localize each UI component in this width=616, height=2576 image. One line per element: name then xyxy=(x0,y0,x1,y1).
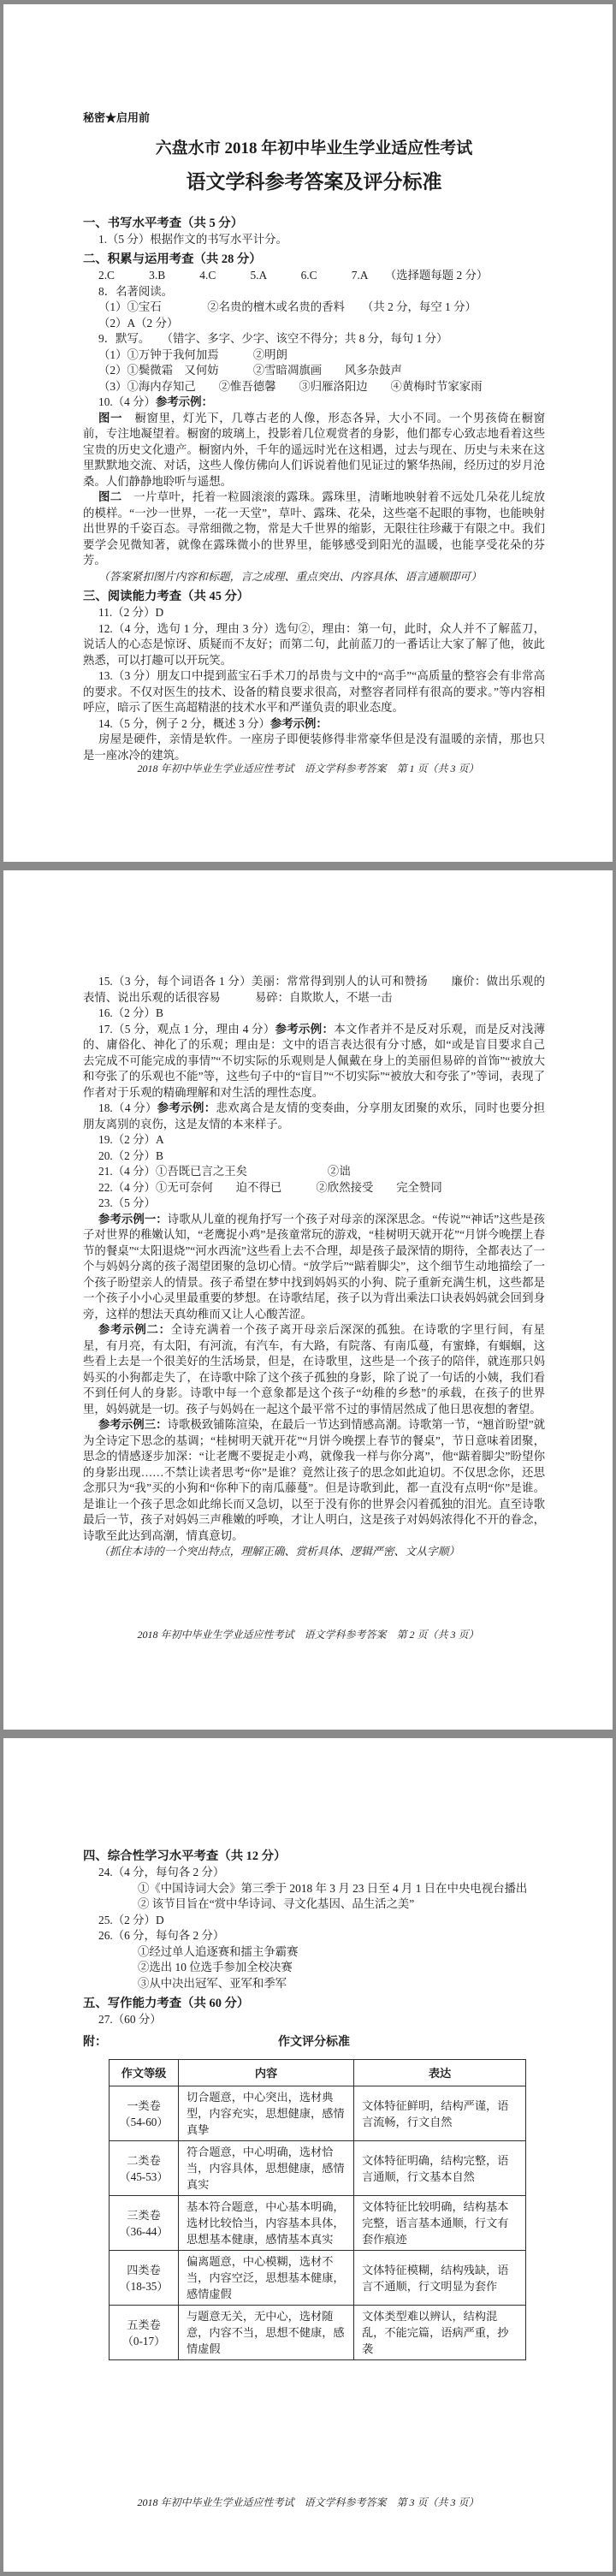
text-segment: 23.（5 分） xyxy=(98,1196,156,1209)
page-3: 四、综合性学习水平考查（共 12 分）24.（4 分，每句各 2 分）①《中国诗… xyxy=(3,1738,613,2572)
answer-line: 26.（6 分，每句各 2 分） xyxy=(83,1928,545,1944)
text-segment: 18.（4 分） xyxy=(98,1101,157,1114)
table-row: 三类卷（36-44）基本符合题意，中心基本明确，选材比较恰当，内容基本具体，思想… xyxy=(110,2196,526,2251)
answer-line: 图二 一片草叶，托着一粒圆滚滚的露珠。露珠里，清晰地映射着不远处几朵花儿绽放的模… xyxy=(83,490,545,569)
table-header: 内容 xyxy=(179,2060,354,2086)
text-segment: 19.（2 分）A xyxy=(98,1133,164,1146)
grade-range: （0-17） xyxy=(111,2333,176,2349)
answer-line: ②选出 10 位选手参加全校决赛 xyxy=(83,1960,545,1976)
grade-cell: 二类卷（45-53） xyxy=(110,2141,179,2196)
text-segment: 24.（4 分，每句各 2 分） xyxy=(98,1866,224,1879)
answer-line: 20.（2 分）B xyxy=(83,1149,545,1165)
answer-line: 24.（4 分，每句各 2 分） xyxy=(83,1865,545,1881)
page-2: 15.（3 分，每个词语各 1 分）美丽：常常得到别人的认可和赞扬 廉价：做出乐… xyxy=(3,870,613,1730)
text-segment: 22.（4 分）①无可奈何 迫不得已 ②欣然接受 完全赞同 xyxy=(98,1181,442,1194)
answer-line: 19.（2 分）A xyxy=(83,1132,545,1149)
text-segment: （2）①鬓微霜 又何妨 ②雪暗凋旗画 风多杂鼓声 xyxy=(98,364,402,377)
expression-cell: 文体特征鲜明，结构严谨，语言流畅，行文自然 xyxy=(354,2086,526,2141)
text-segment: 参考示例： xyxy=(270,717,328,730)
text-segment: 图一 xyxy=(98,412,134,424)
answer-line: 1.（5 分）根据作文的书写水平计分。 xyxy=(83,232,545,248)
text-segment: 橱窗里，灯光下，几尊古老的人像，形态各异，大小不同。一个男孩倚在橱窗前，专注地凝… xyxy=(83,412,545,488)
text-segment: 9．默写。 （错字、多字、少字、该空不得分；共 8 分，每句 1 分） xyxy=(98,332,447,345)
text-segment: ③从中决出冠军、亚军和季军 xyxy=(138,1977,287,1990)
answer-line: 23.（5 分） xyxy=(83,1196,545,1212)
text-segment: 25.（2 分）D xyxy=(98,1914,164,1926)
text-segment: 16.（2 分）B xyxy=(98,1006,163,1019)
exam-title: 六盘水市 2018 年初中毕业生学业适应性考试 xyxy=(83,138,545,160)
table-header: 作文等级 xyxy=(110,2060,179,2086)
answer-line: 参考示例三：诗歌极致铺陈渲染，在最后一节达到情感高潮。诗歌第一节，“翘首盼望”就… xyxy=(83,1417,545,1544)
attachment-heading: 附：作文评分标准 xyxy=(83,2035,545,2051)
text-segment: 参考示例： xyxy=(275,1023,335,1036)
answer-line: 21.（4 分）①吾既已言之王矣 ②诎 xyxy=(83,1164,545,1180)
answer-key-document: { "document": { "background_color": "#8a… xyxy=(0,0,616,2576)
text-segment: 四、综合性学习水平考查（共 12 分） xyxy=(83,1849,286,1863)
answer-line: ③从中决出冠军、亚军和季军 xyxy=(83,1976,545,1992)
answer-line: 12.（4 分，选句 1 分，理由 3 分）选句②，理由：第一句，此时，众人并不… xyxy=(83,621,545,669)
text-segment: 1.（5 分）根据作文的书写水平计分。 xyxy=(98,233,287,246)
grade-cell: 四类卷（18-35） xyxy=(110,2251,179,2306)
table-row: 二类卷（45-53）符合题意，中心明确，选材恰当，内容具体，思想健康，感情真实文… xyxy=(110,2141,526,2196)
text-segment: 11.（2 分）D xyxy=(98,606,163,619)
text-segment: ①经过单人追逐赛和擂主争霸赛 xyxy=(138,1945,298,1958)
answer-key-title: 语文学科参考答案及评分标准 xyxy=(83,168,545,197)
answer-line: 参考示例一：诗歌从儿童的视角抒写一个孩子对母亲的深深思念。“传说”“神话”这些是… xyxy=(83,1212,545,1323)
grade-range: （54-60） xyxy=(111,2114,176,2130)
text-segment: ①《中国诗词大会》第三季于 2018 年 3 月 23 日至 4 月 1 日在中… xyxy=(138,1882,527,1895)
answer-line: 8．名著阅读。 xyxy=(83,284,545,300)
grade-name: 三类卷 xyxy=(111,2207,176,2223)
answer-line: 参考示例二：全诗充满着一个孩子离开母亲后深深的孤独。在诗歌的字里行间，有星星，有… xyxy=(83,1322,545,1417)
scoring-note: （抓住本诗的一个突出特点，理解正确、赏析具体、逻辑严密、文从字顺） xyxy=(83,1544,545,1560)
classification-label: 秘密★启用前 xyxy=(83,110,545,127)
text-segment: （1）①宝石 ②名贵的檀木或名贵的香料 （共 2 分，每空 1 分） xyxy=(98,300,477,313)
text-segment: 参考示例三： xyxy=(98,1418,168,1431)
answer-line: 11.（2 分）D xyxy=(83,605,545,621)
table-row: 四类卷（18-35）偏离题意，中心模糊，选材不当，内容空泛，思想基本健康，感情虚… xyxy=(110,2251,526,2306)
text-segment: 图二 xyxy=(98,490,133,503)
text-segment: （2）A（2 分） xyxy=(98,317,178,329)
answer-line: （1）①宝石 ②名贵的檀木或名贵的香料 （共 2 分，每空 1 分） xyxy=(83,300,545,316)
page-footer: 2018 年初中毕业生学业适应性考试 语文学科参考答案 第 1 页（共 3 页） xyxy=(3,761,613,775)
text-segment: （1）①万钟于我何加焉 ②明朗 xyxy=(98,348,287,361)
text-segment: 17.（5 分，观点 1 分，理由 4 分） xyxy=(98,1023,275,1036)
table-header-row: 作文等级内容表达 xyxy=(110,2060,526,2086)
answer-line: （2）A（2 分） xyxy=(83,316,545,332)
content-cell: 切合题意，中心突出，选材典型，内容充实，思想健康，感情真挚 xyxy=(179,2086,354,2141)
answer-line: （2）①鬓微霜 又何妨 ②雪暗凋旗画 风多杂鼓声 xyxy=(83,363,545,379)
answer-line: 房屋是硬件，亲情是软件。一座房子即便装修得非常豪华但是没有温暖的亲情，那也只是一… xyxy=(83,732,545,763)
content-cell: 与题意无关，无中心，选材随意，内容不当，思想不健康，感情虚假 xyxy=(179,2306,354,2360)
answer-line: 2.C 3.B 4.C 5.A 6.C 7.A （选择题每题 2 分） xyxy=(83,268,545,284)
answer-line: 25.（2 分）D xyxy=(83,1913,545,1929)
text-segment: 六盘水市 2018 年初中毕业生学业适应性考试 xyxy=(156,139,473,157)
text-segment: 诗歌极致铺陈渲染，在最后一节达到情感高潮。诗歌第一节，“翘首盼望”就为全诗定下思… xyxy=(83,1418,545,1542)
answer-line: ①经过单人追逐赛和擂主争霸赛 xyxy=(83,1944,545,1961)
text-segment: 参考示例： xyxy=(157,1101,216,1114)
text-segment: 二、积累与运用考查（共 28 分） xyxy=(83,252,262,266)
table-row: 五类卷（0-17）与题意无关，无中心，选材随意，内容不当，思想不健康，感情虚假文… xyxy=(110,2306,526,2360)
page-footer: 2018 年初中毕业生学业适应性考试 语文学科参考答案 第 3 页（共 3 页） xyxy=(3,2495,613,2509)
grade-cell: 一类卷（54-60） xyxy=(110,2086,179,2141)
answer-line: 9．默写。 （错字、多字、少字、该空不得分；共 8 分，每句 1 分） xyxy=(83,331,545,347)
essay-scoring-table: 作文等级内容表达一类卷（54-60）切合题意，中心突出，选材典型，内容充实，思想… xyxy=(109,2059,526,2360)
text-segment: 全诗充满着一个孩子离开母亲后深深的孤独。在诗歌的字里行间，有星星，有月亮，有太阳… xyxy=(83,1323,545,1416)
section-heading: 四、综合性学习水平考查（共 12 分） xyxy=(83,1849,545,1865)
grade-name: 一类卷 xyxy=(111,2098,176,2114)
attachment-title: 作文评分标准 xyxy=(278,2036,350,2049)
answer-line: （3）①海内存知己 ②惟吾德馨 ③归雁洛阳边 ④黄梅时节家家雨 xyxy=(83,379,545,395)
text-segment: 参考示例二： xyxy=(98,1323,171,1336)
text-segment: 一片草叶，托着一粒圆滚滚的露珠。露珠里，清晰地映射着不远处几朵花儿绽放的模样。“… xyxy=(83,490,545,567)
text-segment: （3）①海内存知己 ②惟吾德馨 ③归雁洛阳边 ④黄梅时节家家雨 xyxy=(98,380,483,393)
page-1-content: 秘密★启用前六盘水市 2018 年初中毕业生学业适应性考试语文学科参考答案及评分… xyxy=(3,4,613,763)
table-row: 一类卷（54-60）切合题意，中心突出，选材典型，内容充实，思想健康，感情真挚文… xyxy=(110,2086,526,2141)
grade-cell: 三类卷（36-44） xyxy=(110,2196,179,2251)
text-segment: 10.（4 分） xyxy=(98,395,156,408)
answer-line: 22.（4 分）①无可奈何 迫不得已 ②欣然接受 完全赞同 xyxy=(83,1180,545,1196)
text-segment: 20.（2 分）B xyxy=(98,1149,163,1162)
grade-range: （18-35） xyxy=(111,2278,176,2294)
text-segment: 27.（60 分） xyxy=(98,2013,162,2026)
page-footer: 2018 年初中毕业生学业适应性考试 语文学科参考答案 第 2 页（共 3 页） xyxy=(3,1627,613,1641)
text-segment: （抓住本诗的一个突出特点，理解正确、赏析具体、逻辑严密、文从字顺） xyxy=(98,1546,459,1558)
text-segment: 五、写作能力考查（共 60 分） xyxy=(83,1997,249,2010)
grade-name: 五类卷 xyxy=(111,2317,176,2333)
expression-cell: 文体特征模糊，结构残缺，语言不通顺，行文明显为套作 xyxy=(354,2251,526,2306)
grade-name: 四类卷 xyxy=(111,2262,176,2278)
text-segment: 房屋是硬件，亲情是软件。一座房子即便装修得非常豪华但是没有温暖的亲情，那也只是一… xyxy=(83,733,545,762)
text-segment: （答案紧扣图片内容和标题，言之成理、重点突出、内容具体、语言通顺即可） xyxy=(98,571,482,583)
answer-line: （1）①万钟于我何加焉 ②明朗 xyxy=(83,347,545,364)
text-segment: 诗歌从儿童的视角抒写一个孩子对母亲的深深思念。“传说”“神话”这些是孩子对世界的… xyxy=(83,1213,545,1321)
text-segment: 参考示例： xyxy=(156,395,213,408)
page-2-content: 15.（3 分，每个词语各 1 分）美丽：常常得到别人的认可和赞扬 廉价：做出乐… xyxy=(3,870,613,1560)
grade-range: （45-53） xyxy=(111,2169,176,2185)
answer-line: ② 该节目旨在“赏中华诗词、寻文化基因、品生活之美” xyxy=(83,1896,545,1913)
grade-range: （36-44） xyxy=(111,2223,176,2240)
answer-line: 10.（4 分）参考示例： xyxy=(83,395,545,411)
answer-line: 27.（60 分） xyxy=(83,2012,545,2028)
section-heading: 二、积累与运用考查（共 28 分） xyxy=(83,252,545,268)
text-segment: 一、书写水平考查（共 5 分） xyxy=(83,217,243,230)
page-3-content: 四、综合性学习水平考查（共 12 分）24.（4 分，每句各 2 分）①《中国诗… xyxy=(3,1738,613,2360)
answer-line: 15.（3 分，每个词语各 1 分）美丽：常常得到别人的认可和赞扬 廉价：做出乐… xyxy=(83,974,545,1006)
text-segment: 26.（6 分，每句各 2 分） xyxy=(98,1929,224,1942)
content-cell: 偏离题意，中心模糊，选材不当，内容空泛，思想基本健康，感情虚假 xyxy=(179,2251,354,2306)
text-segment: 15.（3 分，每个词语各 1 分）美丽：常常得到别人的认可和赞扬 廉价：做出乐… xyxy=(83,975,545,1004)
answer-line: 16.（2 分）B xyxy=(83,1006,545,1022)
text-segment: 8．名著阅读。 xyxy=(98,285,173,298)
answer-line: 17.（5 分，观点 1 分，理由 4 分）参考示例：本文作者并不是反对乐观，而… xyxy=(83,1022,545,1101)
expression-cell: 文体类型难以辨认，结构混乱，不能完篇，语病严重，抄袭 xyxy=(354,2306,526,2360)
text-segment: 12.（4 分，选句 1 分，理由 3 分）选句②，理由：第一句，此时，众人并不… xyxy=(83,622,545,667)
answer-line: 18.（4 分）参考示例：悲欢离合是友情的变奏曲，分享朋友团聚的欢乐，同时也要分… xyxy=(83,1101,545,1132)
answer-line: ①《中国诗词大会》第三季于 2018 年 3 月 23 日至 4 月 1 日在中… xyxy=(83,1881,545,1897)
scoring-note: （答案紧扣图片内容和标题，言之成理、重点突出、内容具体、语言通顺即可） xyxy=(83,569,545,585)
content-cell: 基本符合题意，中心基本明确，选材比较恰当，内容基本具体，思想基本健康，感情基本真… xyxy=(179,2196,354,2251)
text-segment: 21.（4 分）①吾既已言之王矣 ②诎 xyxy=(98,1165,351,1178)
text-segment: 2.C 3.B 4.C 5.A 6.C 7.A （选择题每题 2 分） xyxy=(98,269,488,282)
grade-name: 二类卷 xyxy=(111,2152,176,2169)
section-heading: 一、书写水平考查（共 5 分） xyxy=(83,216,545,232)
text-segment: 参考示例一： xyxy=(98,1213,168,1226)
expression-cell: 文体特征比较明确，结构基本完整，语言基本通顺，行文有套作痕迹 xyxy=(354,2196,526,2251)
content-cell: 符合题意，中心明确，选材恰当，内容具体，思想健康，感情真实 xyxy=(179,2141,354,2196)
text-segment: 14.（5 分，例子 2 分，概述 3 分） xyxy=(98,717,270,730)
answer-line: 14.（5 分，例子 2 分，概述 3 分）参考示例： xyxy=(83,716,545,733)
text-segment: ②选出 10 位选手参加全校决赛 xyxy=(138,1961,293,1974)
grade-cell: 五类卷（0-17） xyxy=(110,2306,179,2360)
table-header: 表达 xyxy=(354,2060,526,2086)
answer-line: 图一 橱窗里，灯光下，几尊古老的人像，形态各异，大小不同。一个男孩倚在橱窗前，专… xyxy=(83,411,545,490)
text-segment: 秘密★启用前 xyxy=(83,111,150,124)
text-segment: 三、阅读能力考查（共 45 分） xyxy=(83,590,249,603)
text-segment: 语文学科参考答案及评分标准 xyxy=(187,171,442,193)
attachment-label: 附： xyxy=(83,2035,107,2051)
page-1: 秘密★启用前六盘水市 2018 年初中毕业生学业适应性考试语文学科参考答案及评分… xyxy=(3,4,613,862)
answer-line: 13.（3 分）朋友口中提到蓝宝石手术刀的昂贵与文中的“高手”“高质量的整容会有… xyxy=(83,668,545,716)
text-segment: 13.（3 分）朋友口中提到蓝宝石手术刀的昂贵与文中的“高手”“高质量的整容会有… xyxy=(83,669,545,714)
text-segment: ② 该节目旨在“赏中华诗词、寻文化基因、品生活之美” xyxy=(138,1897,414,1910)
expression-cell: 文体特征明确，结构完整，语言通顺，行文基本自然 xyxy=(354,2141,526,2196)
section-heading: 三、阅读能力考查（共 45 分） xyxy=(83,589,545,605)
section-heading: 五、写作能力考查（共 60 分） xyxy=(83,1996,545,2012)
